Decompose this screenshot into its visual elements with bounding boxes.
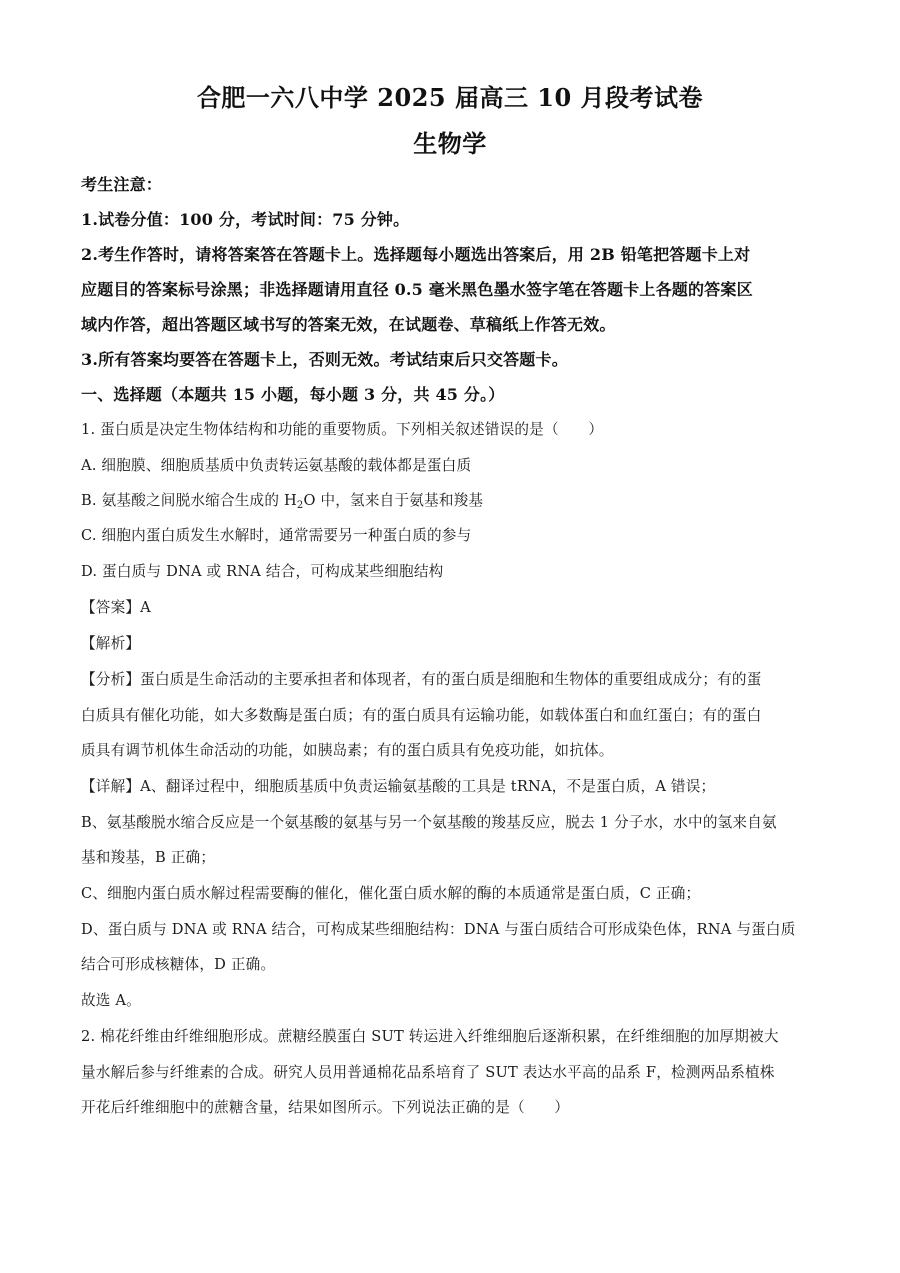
subject-title: 生物学 [0, 124, 900, 159]
notice-heading: 考生注意： [81, 172, 162, 195]
detail-line-3: 基和羧基，B 正确； [81, 846, 215, 867]
question-1-option-a: A. 细胞膜、细胞质基质中负责转运氨基酸的载体都是蛋白质 [81, 454, 471, 475]
question-1-stem: 1. 蛋白质是决定生物体结构和功能的重要物质。下列相关叙述错误的是（ ） [81, 418, 603, 439]
section-heading: 一、选择题（本题共 15 小题，每小题 3 分，共 45 分。） [81, 382, 505, 405]
analysis-label: 【解析】 [81, 632, 140, 653]
exam-page: 合肥一六八中学 2025 届高三 10 月段考试卷 生物学 考生注意： 1.试卷… [0, 0, 900, 1273]
notice-item-1: 1.试卷分值：100 分，考试时间：75 分钟。 [81, 207, 409, 230]
answer-label: 【答案】A [81, 596, 151, 617]
question-2-line-3: 开花后纤维细胞中的蔗糖含量，结果如图所示。下列说法正确的是（ ） [81, 1096, 569, 1117]
question-1-option-d: D. 蛋白质与 DNA 或 RNA 结合，可构成某些细胞结构 [81, 560, 443, 581]
notice-item-2-cont2: 域内作答，超出答题区域书写的答案无效，在试题卷、草稿纸上作答无效。 [81, 312, 616, 335]
question-2-line-1: 2. 棉花纤维由纤维细胞形成。蔗糖经膜蛋白 SUT 转运进入纤维细胞后逐渐积累，… [81, 1025, 779, 1046]
option-b-text: B. 氨基酸之间脱水缩合生成的 H [81, 492, 297, 509]
question-2-line-2: 量水解后参与纤维素的合成。研究人员用普通棉花品系培育了 SUT 表达水平高的品系… [81, 1061, 775, 1082]
option-b-text-cont: O 中，氢来自于氨基和羧基 [303, 492, 483, 509]
analysis-line-2: 白质具有催化功能，如大多数酶是蛋白质；有的蛋白质具有运输功能，如载体蛋白和血红蛋… [81, 704, 762, 725]
question-1-option-b: B. 氨基酸之间脱水缩合生成的 H2O 中，氢来自于氨基和羧基 [81, 489, 483, 510]
detail-line-4: C、细胞内蛋白质水解过程需要酶的催化，催化蛋白质水解的酶的本质通常是蛋白质，C … [81, 882, 700, 903]
detail-line-5: D、蛋白质与 DNA 或 RNA 结合，可构成某些细胞结构：DNA 与蛋白质结合… [81, 918, 796, 939]
notice-item-3: 3.所有答案均要答在答题卡上，否则无效。考试结束后只交答题卡。 [81, 347, 568, 370]
notice-item-2-cont: 应题目的答案标号涂黑；非选择题请用直径 0.5 毫米黑色墨水签字笔在答题卡上各题… [81, 277, 753, 300]
exam-title: 合肥一六八中学 2025 届高三 10 月段考试卷 [0, 78, 900, 113]
notice-item-2: 2.考生作答时，请将答案答在答题卡上。选择题每小题选出答案后，用 2B 铅笔把答… [81, 242, 750, 265]
detail-line-2: B、氨基酸脱水缩合反应是一个氨基酸的氨基与另一个氨基酸的羧基反应，脱去 1 分子… [81, 811, 777, 832]
conclusion: 故选 A。 [81, 989, 141, 1010]
detail-line-6: 结合可形成核糖体，D 正确。 [81, 953, 275, 974]
analysis-line-1: 【分析】蛋白质是生命活动的主要承担者和体现者，有的蛋白质是细胞和生物体的重要组成… [81, 668, 762, 689]
analysis-line-3: 质具有调节机体生命活动的功能，如胰岛素；有的蛋白质具有免疫功能，如抗体。 [81, 739, 614, 760]
question-1-option-c: C. 细胞内蛋白质发生水解时，通常需要另一种蛋白质的参与 [81, 524, 471, 545]
detail-line-1: 【详解】A、翻译过程中，细胞质基质中负责运输氨基酸的工具是 tRNA，不是蛋白质… [81, 775, 715, 796]
